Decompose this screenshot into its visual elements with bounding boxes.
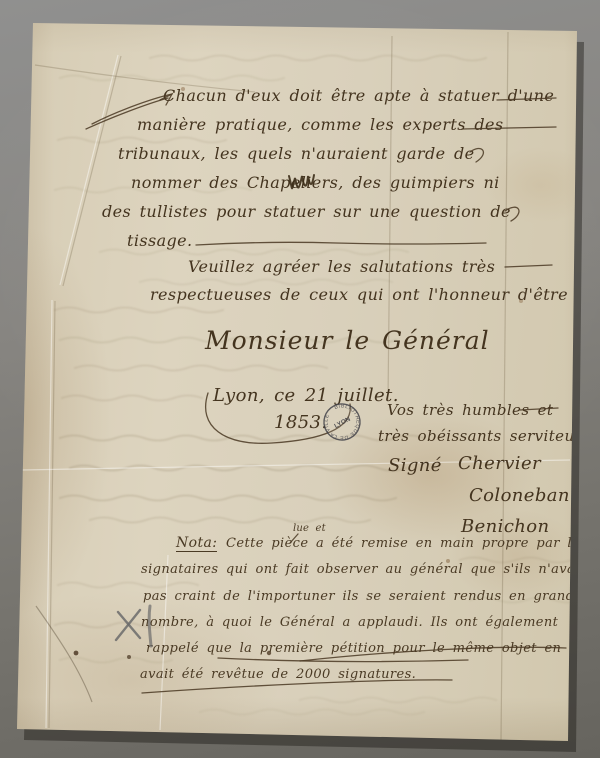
foxing-spots (0, 0, 2, 2)
pencil-annotations (0, 0, 600, 758)
letter-page: Chacun d'eux doit être apte à statuer d'… (0, 0, 600, 758)
manuscript-letter-scan: Chacun d'eux doit être apte à statuer d'… (0, 0, 600, 758)
pencil-stroke (149, 606, 151, 646)
